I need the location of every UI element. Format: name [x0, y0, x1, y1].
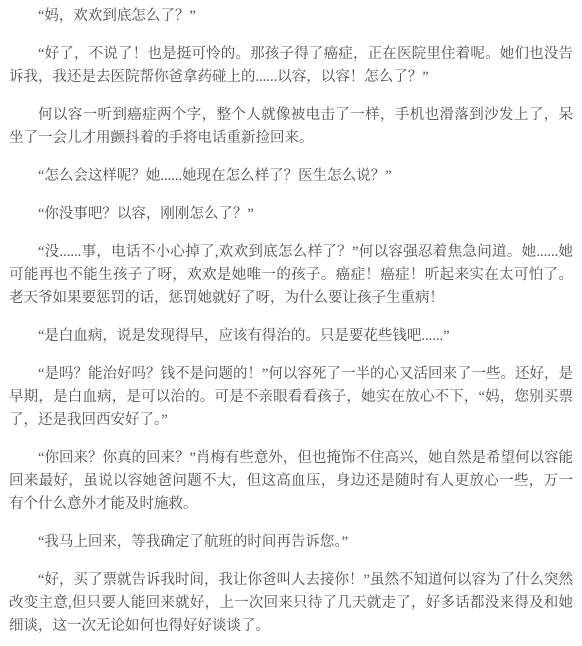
paragraph-dialogue-7: “是吗？能治好吗？钱不是问题的！”何以容死了一半的心又活回来了一些。还好，是早期… [9, 363, 573, 432]
paragraph-dialogue-2: “好了，不说了！也是挺可怜的。那孩子得了癌症，正在医院里住着呢。她们也没告诉我，… [9, 43, 573, 89]
paragraph-dialogue-5: “没......事，电话不小心掉了,欢欢到底怎么样了？”何以容强忍着焦急问道。她… [9, 241, 573, 310]
paragraph-dialogue-9: “好，买了票就告诉我时间，我让你爸叫人去接你！”虽然不知道何以容为了什么突然改变… [9, 569, 573, 638]
paragraph-dialogue-4: “你没事吧？以容，刚刚怎么了？” [9, 203, 573, 226]
paragraph-narration-2: “你回来？你真的回来？”肖梅有些意外，但也掩饰不住高兴，她自然是希望何以容能回来… [9, 447, 573, 516]
paragraph-dialogue-1: “妈，欢欢到底怎么了？” [9, 5, 573, 28]
paragraph-dialogue-8: “我马上回来，等我确定了航班的时间再告诉您。” [9, 531, 573, 554]
paragraph-dialogue-3: “怎么会这样呢？她......她现在怎么样了？医生怎么说？” [9, 165, 573, 188]
paragraph-dialogue-6: “是白血病，说是发现得早，应该有得治的。只是要花些钱吧......” [9, 325, 573, 348]
paragraph-narration-1: 何以容一听到癌症两个字，整个人就像被电击了一样，手机也滑落到沙发上了，呆坐了一会… [9, 104, 573, 150]
novel-text-page: “妈，欢欢到底怎么了？” “好了，不说了！也是挺可怜的。那孩子得了癌症，正在医院… [0, 0, 582, 646]
